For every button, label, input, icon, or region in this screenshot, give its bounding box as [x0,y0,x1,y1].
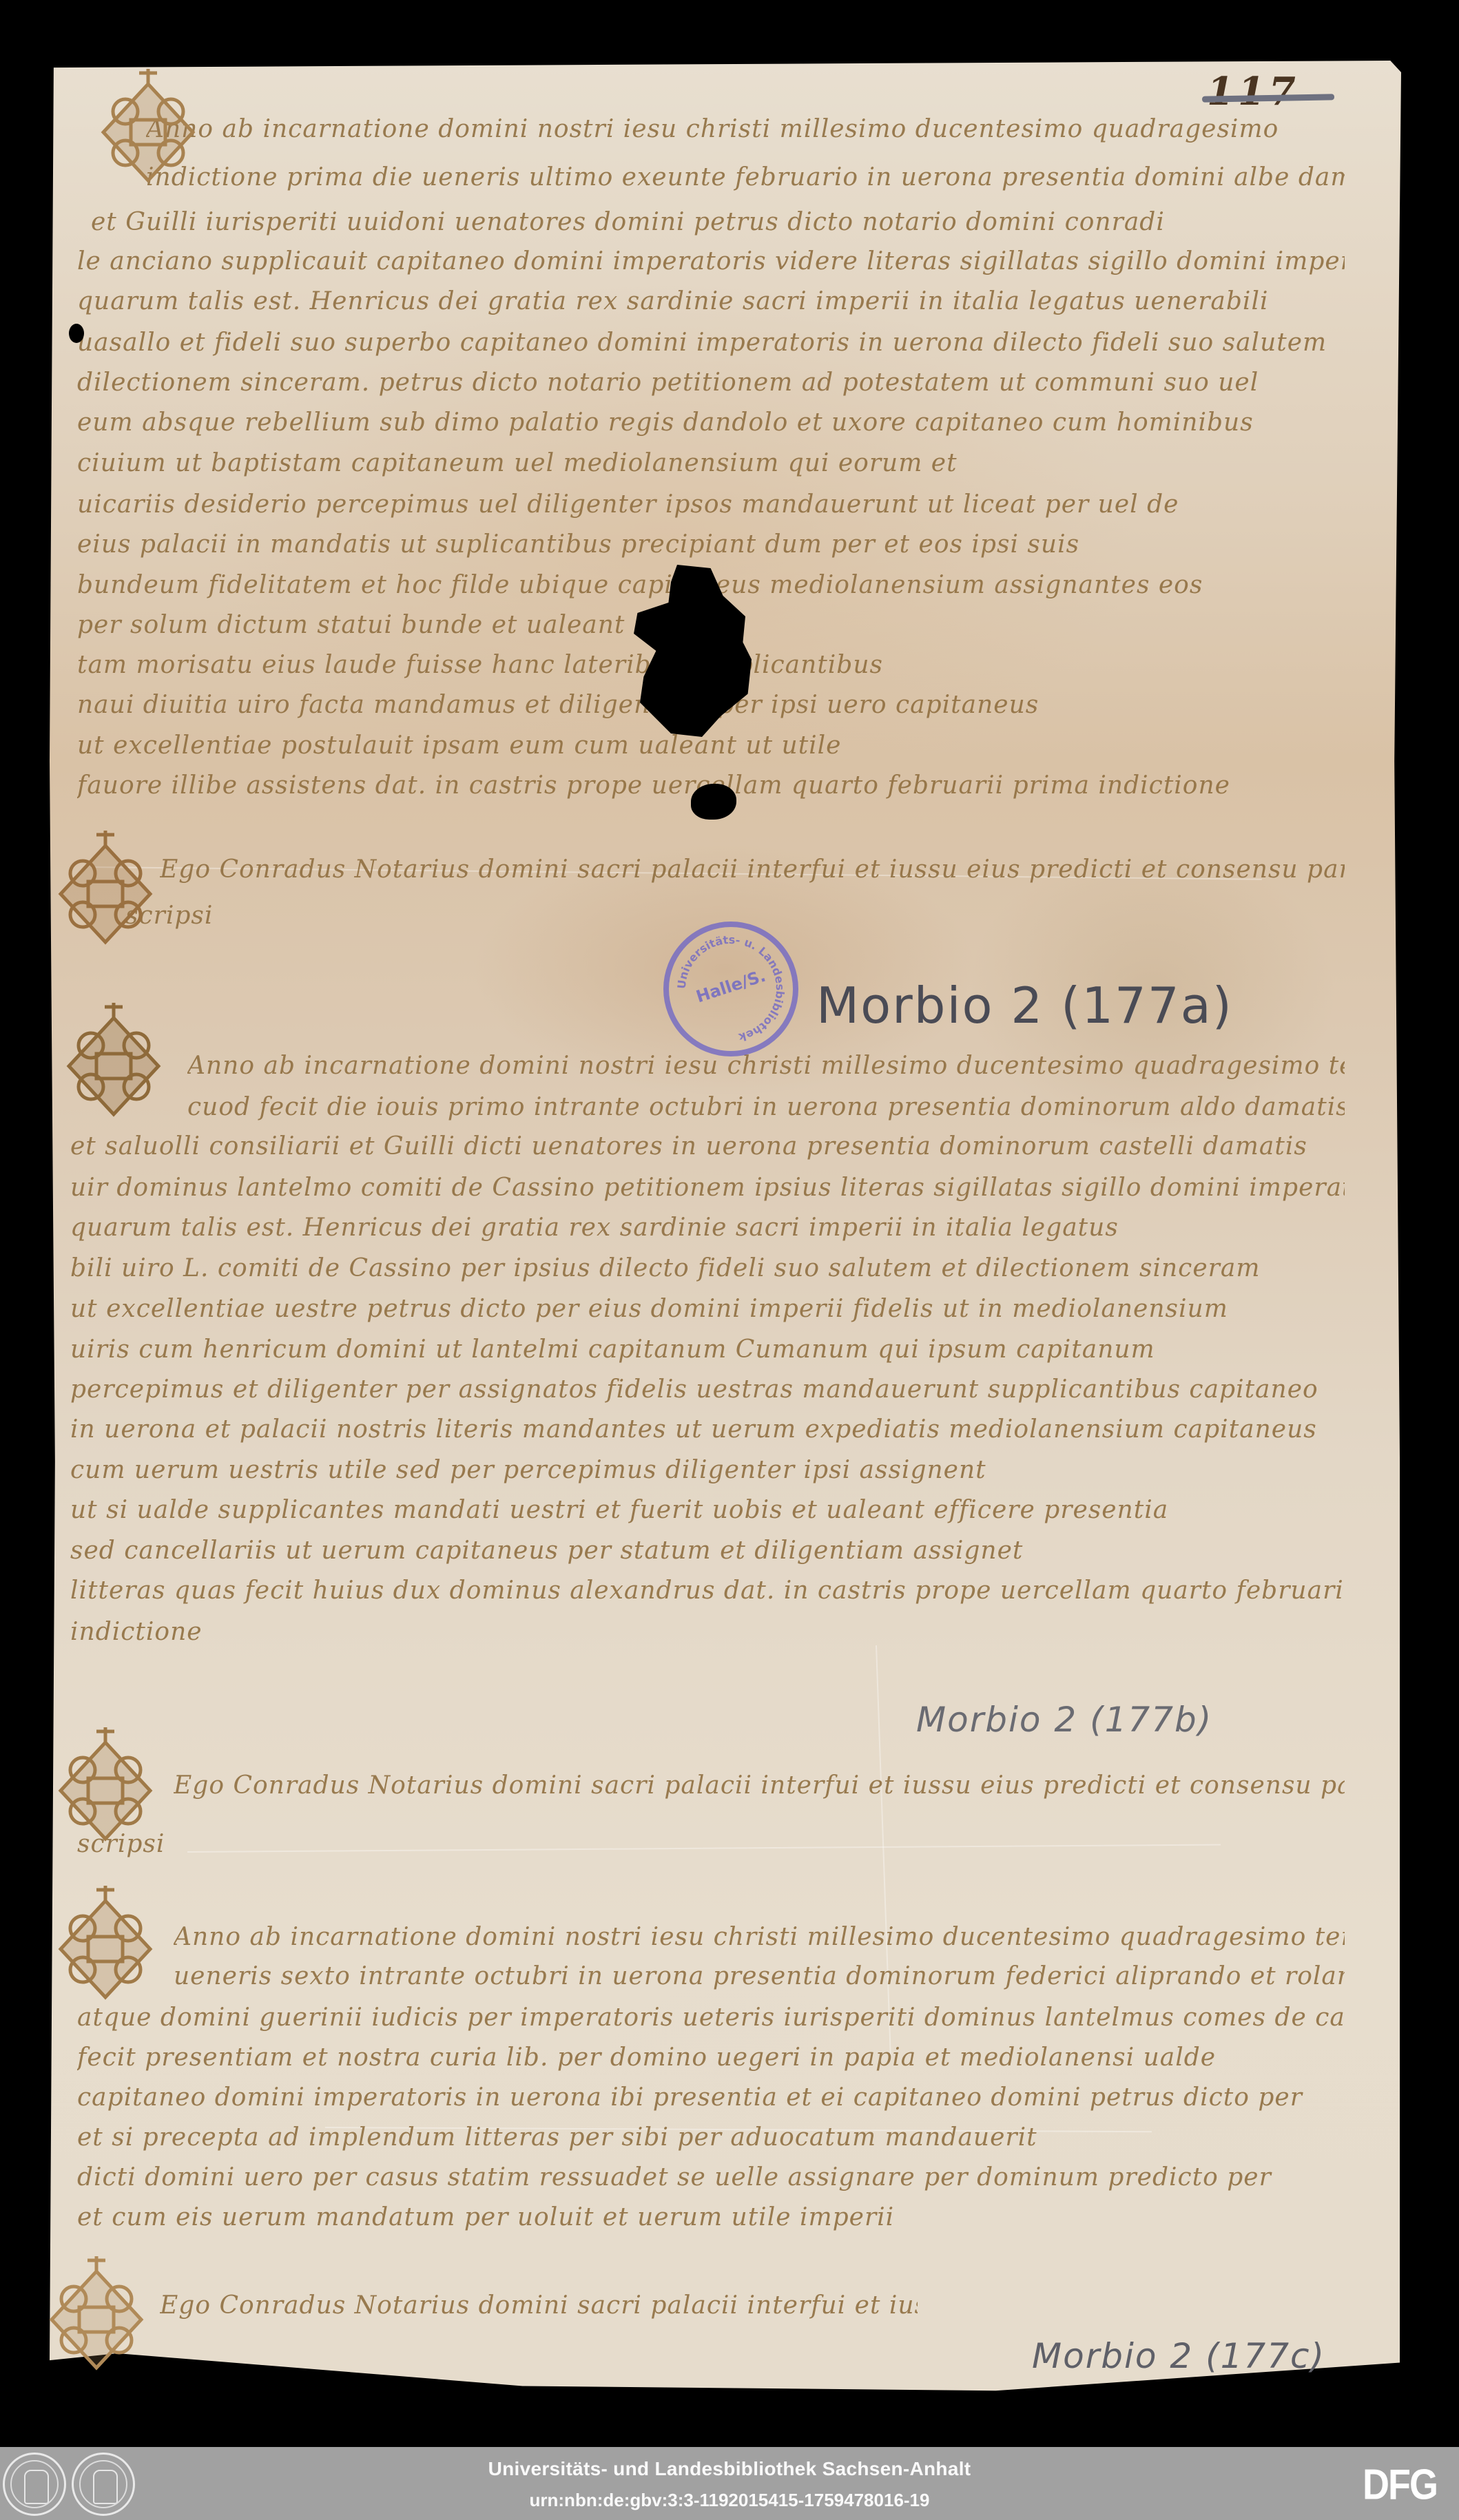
text-line: Anno ab incarnatione domini nostri iesu … [146,116,1317,143]
shelfmark-177a: Morbio 2 (177a) [816,977,1233,1034]
text-line: et cum eis uerum mandatum per uoluit et … [77,2204,1110,2231]
text-line: capitaneo domini imperatoris in uerona i… [77,2084,1345,2112]
text-line: sed cancellariis ut uerum capitaneus per… [70,1537,1345,1565]
text-line: quarum talis est. Henricus dei gratia re… [70,1214,1345,1242]
parchment-sheet: Anno ab incarnatione domini nostri iesu … [50,61,1401,2395]
text-line: fecit presentiam et nostra curia lib. pe… [77,2044,1345,2072]
text-line: indictione prima die ueneris ultimo exeu… [146,164,1345,191]
library-stamp: Universitäts- u. Landesbibliothek Halle/… [663,921,798,1056]
text-line: uir dominus lantelmo comiti de Cassino p… [70,1174,1345,1202]
crease [876,1645,891,2059]
text-line: atque domini guerinii iudicis per impera… [77,2004,1345,2032]
text-line: uiris cum henricum domini ut lantelmi ca… [70,1336,1345,1364]
text-line: et Guilli iurisperiti uuidoni uenatores … [91,209,1345,236]
text-line: Anno ab incarnatione domini nostri iesu … [187,1052,1345,1080]
chrismon-icon [54,1880,157,2011]
punch-hole [69,324,84,343]
text-line: litteras quas fecit huius dux dominus al… [70,1577,1345,1605]
chrismon-icon [62,997,165,1128]
text-line: uasallo et fideli suo superbo capitaneo … [77,329,1345,357]
text-line: ut excellentiae uestre petrus dicto per … [70,1295,1345,1323]
text-line: et si precepta ad implendum litteras per… [77,2124,1345,2152]
chrismon-icon [54,1722,157,1853]
chrismon-icon [45,2251,148,2382]
dfg-logo: DFG [1363,2460,1437,2509]
footer-bar: Universitäts- und Landesbibliothek Sachs… [0,2447,1459,2520]
image-viewer: Anno ab incarnatione domini nostri iesu … [0,0,1459,2447]
text-line: et saluolli consiliarii et Guilli dicti … [70,1133,1345,1160]
text-line: ueneris sexto intrante octubri in uerona… [174,1963,1345,1990]
text-line: bili uiro L. comiti de Cassino per ipsiu… [70,1255,1345,1282]
text-line: dicti domini uero per casus statim ressu… [77,2164,1345,2191]
text-line: ciuium ut baptistam capitaneum uel medio… [77,450,1345,477]
text-line: cum uerum uestris utile sed per percepim… [70,1457,1345,1484]
text-line: le anciano supplicauit capitaneo domini … [77,248,1345,275]
text-line: eum absque rebellium sub dimo palatio re… [77,409,1345,437]
chrismon-icon [96,63,200,194]
chrismon-icon [54,825,157,956]
urn-identifier: urn:nbn:de:gbv:3:3-1192015415-1759478016… [0,2490,1459,2511]
crease [187,1844,1221,1853]
parchment-hole [691,784,736,820]
text-line: ut si ualde supplicantes mandati uestri … [70,1497,1345,1524]
text-line: Anno ab incarnatione domini nostri iesu … [174,1924,1345,1951]
text-line: cuod fecit die iouis primo intrante octu… [187,1094,1345,1121]
text-line: Ego Conradus Notarius domini sacri palac… [160,2292,918,2320]
text-line: ut excellentiae postulauit ipsam eum cum… [77,732,1345,760]
shelfmark-177c: Morbio 2 (177c) [1032,2336,1325,2376]
shelfmark-177b: Morbio 2 (177b) [916,1700,1212,1740]
text-line: quarum talis est. Henricus dei gratia re… [77,288,1345,315]
text-line: percepimus et diligenter per assignatos … [70,1376,1345,1404]
text-line: eius palacii in mandatis ut suplicantibu… [77,531,1345,559]
text-line: fauore illibe assistens dat. in castris … [77,772,1248,800]
institution-name: Universitäts- und Landesbibliothek Sachs… [0,2458,1459,2480]
text-line: Ego Conradus Notarius domini sacri palac… [174,1772,1345,1800]
text-line: dilectionem sinceram. petrus dicto notar… [77,369,1345,397]
text-line: in uerona et palacii nostris literis man… [70,1416,1345,1444]
text-line: uicariis desiderio percepimus uel dilige… [77,491,1345,519]
text-line: indictione [70,1618,277,1646]
text-line: Ego Conradus Notarius domini sacri palac… [160,856,1345,884]
folio-number: 117 [1207,69,1300,114]
